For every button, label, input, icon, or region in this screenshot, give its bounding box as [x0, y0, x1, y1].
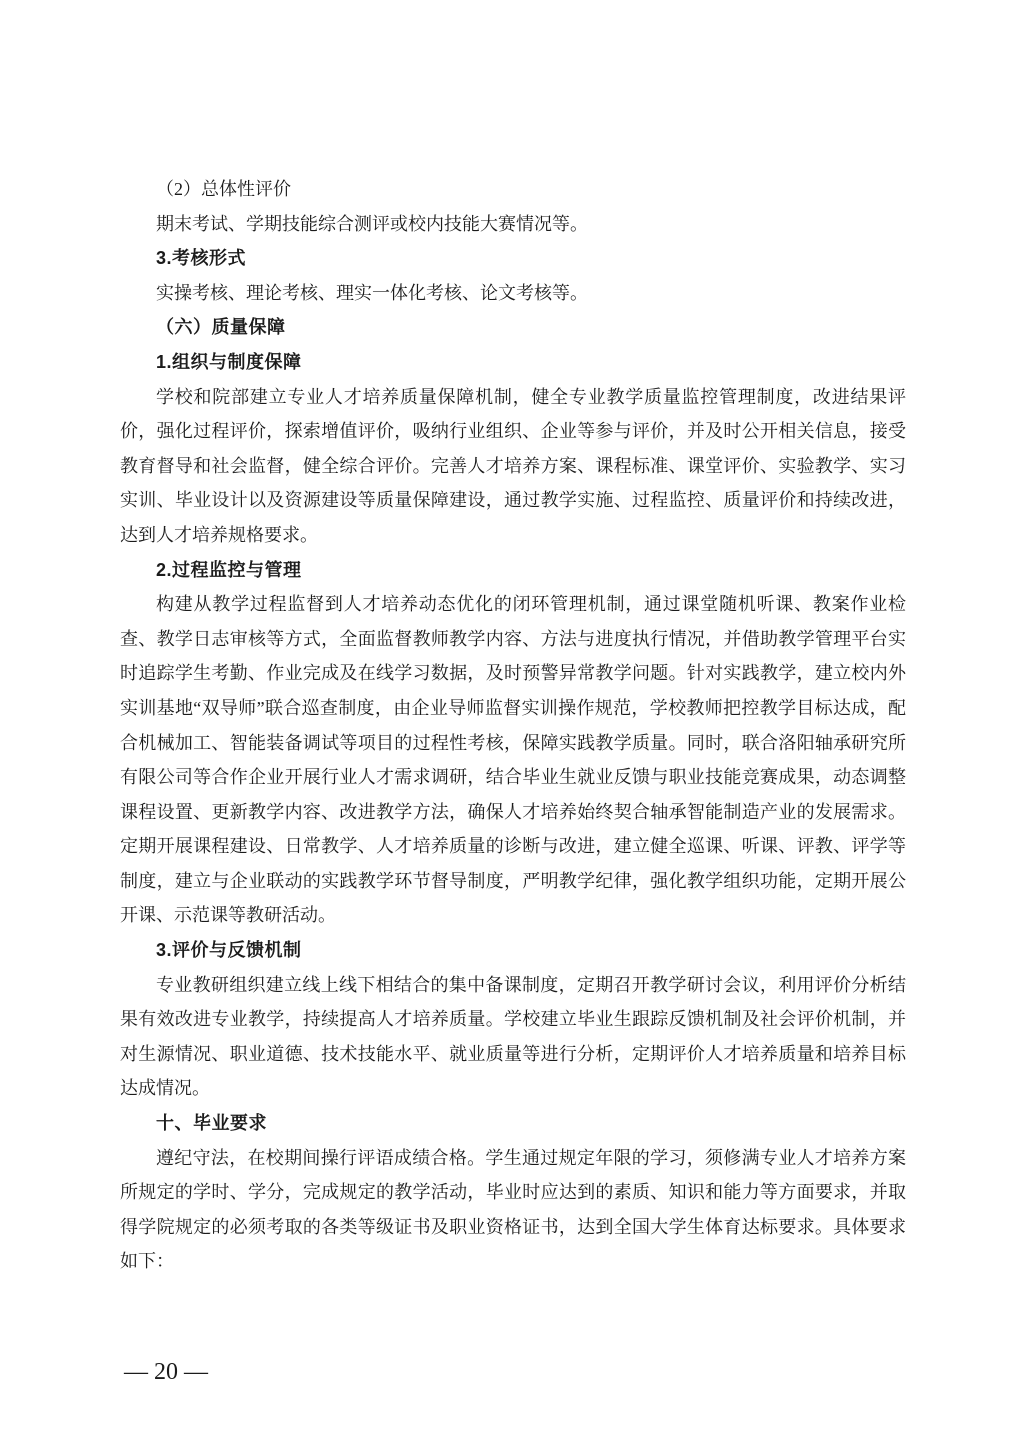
heading-process-monitoring: 2.过程监控与管理 [120, 553, 906, 588]
heading-assessment-forms: 3.考核形式 [120, 241, 906, 276]
subheading-overall-evaluation: （2）总体性评价 [120, 172, 906, 207]
para-final-exam-assessment: 期末考试、学期技能综合测评或校内技能大赛情况等。 [120, 207, 906, 242]
para-evaluation-feedback: 专业教研组织建立线上线下相结合的集中备课制度，定期召开教学研讨会议，利用评价分析… [120, 968, 906, 1106]
document-body: （2）总体性评价 期末考试、学期技能综合测评或校内技能大赛情况等。 3.考核形式… [120, 172, 906, 1279]
heading-org-institutional-guarantee: 1.组织与制度保障 [120, 345, 906, 380]
document-page: （2）总体性评价 期末考试、学期技能综合测评或校内技能大赛情况等。 3.考核形式… [0, 0, 1024, 1448]
heading-quality-assurance: （六）质量保障 [120, 310, 906, 345]
para-graduation-requirements: 遵纪守法，在校期间操行评语成绩合格。学生通过规定年限的学习，须修满专业人才培养方… [120, 1141, 906, 1279]
heading-graduation-requirements: 十、毕业要求 [120, 1106, 906, 1141]
heading-evaluation-feedback: 3.评价与反馈机制 [120, 933, 906, 968]
para-org-institutional-guarantee: 学校和院部建立专业人才培养质量保障机制，健全专业教学质量监控管理制度，改进结果评… [120, 380, 906, 553]
para-process-monitoring: 构建从教学过程监督到人才培养动态优化的闭环管理机制，通过课堂随机听课、教案作业检… [120, 587, 906, 933]
page-number: — 20 — [124, 1355, 208, 1389]
para-assessment-types: 实操考核、理论考核、理实一体化考核、论文考核等。 [120, 276, 906, 311]
